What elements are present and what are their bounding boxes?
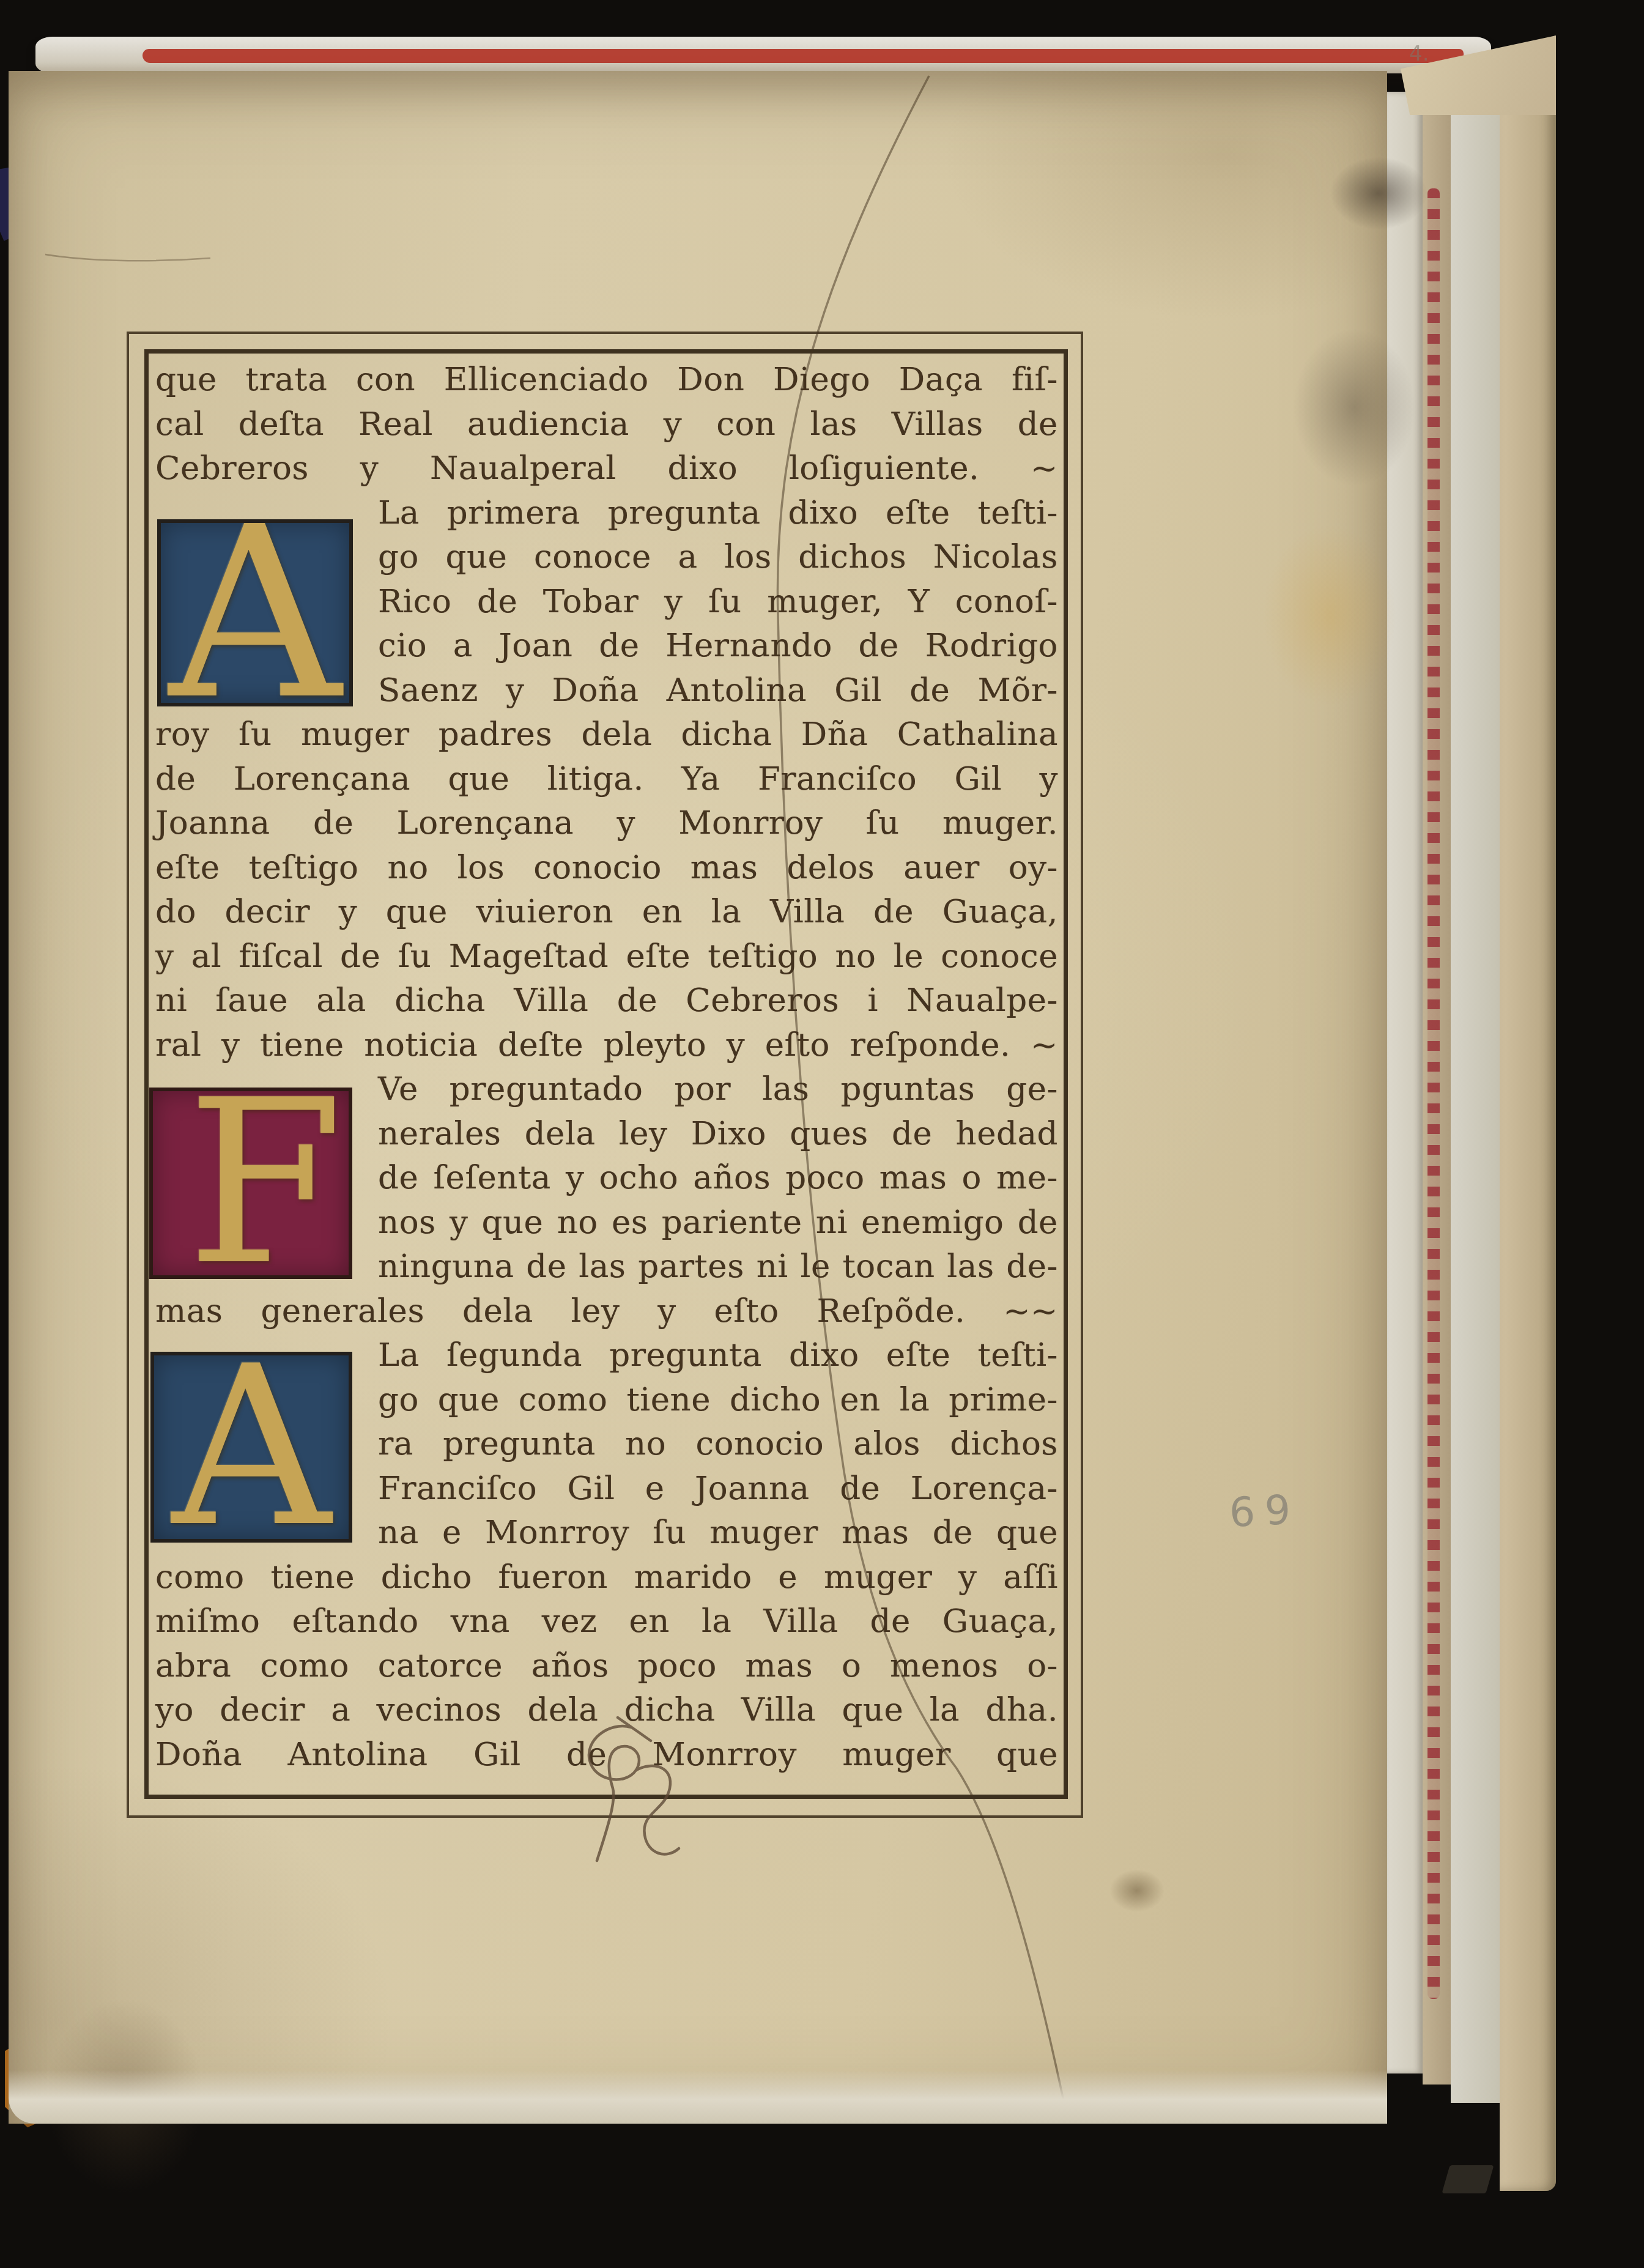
page-bottom-edge <box>9 2070 1387 2124</box>
text-line: Rico de Tobar y ſu muger, Y conoſ- <box>378 580 1058 625</box>
text-line: yo decir a vecinos dela dicha Villa que … <box>155 1689 1058 1733</box>
initial-letter: A <box>172 1352 331 1543</box>
stain <box>1109 1869 1164 1912</box>
text-line: Ve preguntado por las pguntas ge- <box>378 1068 1058 1113</box>
manuscript-photo: que trata con Ellicenciado Don Diego Daç… <box>0 0 1644 2268</box>
fore-edge-guard-strip <box>1387 92 1423 2073</box>
text-line: y al fiſcal de ſu Mageſtad eſte teſtigo … <box>155 935 1058 980</box>
text-line: Franciſco Gil e Joanna de Lorença- <box>378 1467 1058 1512</box>
fore-edge-gray-strip <box>1451 66 1500 2103</box>
text-line: ni ſaue ala dicha Villa de Cebreros i Na… <box>155 979 1058 1024</box>
parchment-cover-edge <box>1500 56 1556 2191</box>
text-line: mas generales dela ley y eſto Reſpõde. ~… <box>155 1290 1058 1335</box>
manuscript-page: que trata con Ellicenciado Don Diego Daç… <box>9 71 1387 2124</box>
book-top-edge <box>35 37 1491 73</box>
text-line: de ſeſenta y ocho años poco mas o me- <box>378 1157 1058 1201</box>
text-line: La primera pregunta dixo eſte teſti- <box>378 492 1058 536</box>
illuminated-initial-F: F <box>149 1088 352 1279</box>
text-line: eſte teſtigo no los conocio mas delos au… <box>155 847 1058 891</box>
text-line: como tiene dicho fueron marido e muger y… <box>155 1556 1058 1601</box>
text-line: Cebreros y Naualperal dixo loſiguiente. … <box>155 447 1058 492</box>
text-line: ninguna de las partes ni le tocan las de… <box>378 1245 1058 1290</box>
text-line: go que conoce a los dichos Nicolas <box>378 536 1058 580</box>
text-line: cal deſta Real audiencia y con las Villa… <box>155 403 1058 448</box>
text-line: go que como tiene dicho en la prime- <box>378 1379 1058 1423</box>
text-line: roy ſu muger padres dela dicha Dña Catha… <box>155 713 1058 758</box>
text-line: ra pregunta no conocio alos dichos <box>378 1423 1058 1467</box>
text-line: abra como catorce años poco mas o menos … <box>155 1645 1058 1689</box>
text-line: nerales dela ley Dixo ques de hedad <box>378 1113 1058 1157</box>
text-line: que trata con Ellicenciado Don Diego Daç… <box>155 358 1058 403</box>
pencil-folio-number: 69 <box>1228 1486 1301 1536</box>
text-line: La ſegunda pregunta dixo eſte teſti- <box>378 1334 1058 1379</box>
text-line: Saenz y Doña Antolina Gil de Mõr- <box>378 669 1058 714</box>
text-line: ral y tiene noticia deſte pleyto y eſto … <box>155 1024 1058 1069</box>
text-line: Doña Antolina Gil de Monrroy muger que <box>155 1733 1058 1778</box>
pencil-corner-mark: 4. <box>1409 42 1429 66</box>
stain <box>1262 524 1397 707</box>
illuminated-initial-A1: A <box>157 519 353 706</box>
initial-letter: A <box>169 519 341 706</box>
text-line: miſmo eſtando vna vez en la Villa de Gua… <box>155 1600 1058 1645</box>
text-line: na e Monrroy ſu muger mas de que <box>378 1511 1058 1556</box>
cover-strap <box>1442 2165 1494 2193</box>
text-line: cio a Joan de Hernando de Rodrigo <box>378 624 1058 669</box>
text-line: Joanna de Lorençana y Monrroy ſu muger. <box>155 802 1058 847</box>
fore-edge-page-layers <box>1423 78 1451 2085</box>
initial-letter: F <box>187 1088 344 1279</box>
text-line: nos y que no es pariente ni enemigo de <box>378 1201 1058 1246</box>
text-line: de Lorençana que litiga. Ya Franciſco Gi… <box>155 758 1058 802</box>
illuminated-initial-A2: A <box>150 1352 352 1543</box>
red-edge-stripe <box>143 49 1464 63</box>
red-edge-speckles <box>1427 188 1440 1999</box>
text-line: do decir y que viuieron en la Villa de G… <box>155 891 1058 935</box>
